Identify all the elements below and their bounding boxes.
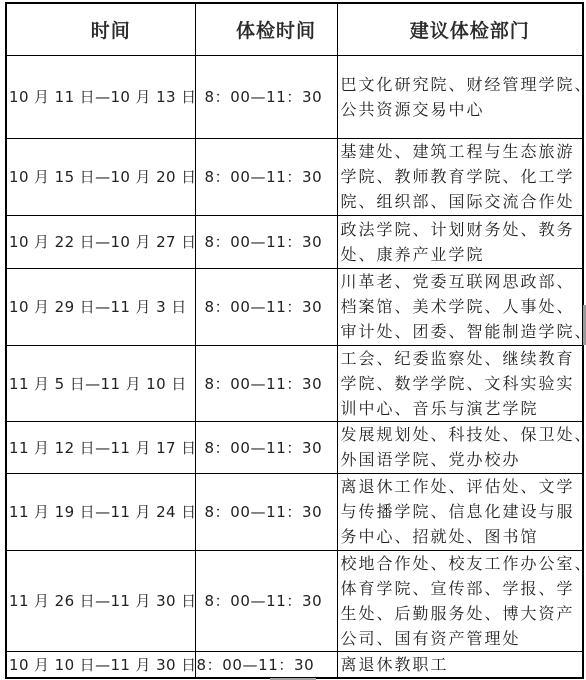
- date-range-cell: 10 月 11 日—10 月 13 日: [6, 55, 195, 138]
- table-row: 10 月 15 日—10 月 20 日 8：00—11：30 基建处、建筑工程与…: [6, 138, 583, 215]
- table-row: 10 月 11 日—10 月 13 日 8：00—11：30 巴文化研究院、财经…: [6, 55, 583, 138]
- departments-cell: 工会、纪委监察处、继续教育 学院、数学学院、文科实验实 训中心、音乐与演艺学院: [337, 345, 583, 421]
- departments-cell: 离退休工作处、评估处、文学 与传播学院、信息化建设与服 务中心、招就处、图书馆: [337, 473, 583, 550]
- date-range-cell: 11 月 19 日—11 月 24 日: [6, 473, 195, 550]
- header-row: 时间 体检时间 建议体检部门: [6, 3, 583, 55]
- date-range-cell: 10 月 10 日—11 月 30 日: [6, 651, 195, 678]
- departments-cell: 离退休教职工: [337, 651, 583, 678]
- table-row: 10 月 10 日—11 月 30 日 8：00—11：30 离退休教职工: [6, 651, 583, 678]
- department-line: 务中心、招就处、图书馆: [341, 524, 583, 549]
- exam-time-cell: 8：00—11：30: [195, 473, 337, 550]
- table-row: 11 月 26 日—11 月 30 日 8：00—11：30 校地合作处、校友工…: [6, 550, 583, 651]
- department-line: 离退休工作处、评估处、文学: [341, 474, 583, 499]
- department-line: 学院、数学学院、文科实验实: [341, 371, 583, 396]
- department-line: 基建处、建筑工程与生态旅游: [341, 139, 583, 164]
- table-row: 11 月 12 日—11 月 17 日 8：00—11：30 发展规划处、科技处…: [6, 421, 583, 473]
- date-range-cell: 10 月 22 日—10 月 27 日: [6, 215, 195, 268]
- exam-schedule-table: 时间 体检时间 建议体检部门 10 月 11 日—10 月 13 日 8：00—…: [5, 2, 584, 679]
- department-line: 审计处、团委、智能制造学院、: [341, 319, 583, 344]
- exam-time-cell: 8：00—11：30: [195, 268, 337, 345]
- header-departments: 建议体检部门: [337, 3, 583, 55]
- date-range-cell: 10 月 29 日—11 月 3 日: [6, 268, 195, 345]
- departments-cell: 巴文化研究院、财经管理学院、 公共资源交易中心: [337, 55, 583, 138]
- header-exam-time: 体检时间: [195, 3, 337, 55]
- department-line: 离退休教职工: [341, 652, 583, 677]
- exam-time-cell: 8：00—11：30: [195, 138, 337, 215]
- department-line: 训中心、音乐与演艺学院: [341, 396, 583, 421]
- table-row: 11 月 5 日—11 月 10 日 8：00—11：30 工会、纪委监察处、继…: [6, 345, 583, 421]
- exam-time-cell: 8：00—11：30: [195, 215, 337, 268]
- department-line: 院、组织部、国际交流合作处: [341, 189, 583, 214]
- date-range-cell: 11 月 12 日—11 月 17 日: [6, 421, 195, 473]
- table-row: 10 月 22 日—10 月 27 日 8：00—11：30 政法学院、计划财务…: [6, 215, 583, 268]
- department-line: 发展规划处、科技处、保卫处、: [341, 422, 583, 447]
- table-row: 11 月 19 日—11 月 24 日 8：00—11：30 离退休工作处、评估…: [6, 473, 583, 550]
- exam-time-cell: 8：00—11：30: [195, 421, 337, 473]
- department-line: 公司、国有资产管理处: [341, 626, 583, 651]
- department-line: 学院、教师教育学院、化工学: [341, 164, 583, 189]
- departments-cell: 发展规划处、科技处、保卫处、 外国语学院、党办校办: [337, 421, 583, 473]
- department-line: 与传播学院、信息化建设与服: [341, 499, 583, 524]
- header-date-range: 时间: [6, 3, 195, 55]
- date-range-cell: 10 月 15 日—10 月 20 日: [6, 138, 195, 215]
- date-range-cell: 11 月 26 日—11 月 30 日: [6, 550, 195, 651]
- exam-time-cell: 8：00—11：30: [195, 55, 337, 138]
- department-line: 川革老、党委互联网思政部、: [341, 269, 583, 294]
- departments-cell: 政法学院、计划财务处、教务 处、康养产业学院: [337, 215, 583, 268]
- exam-time-cell: 8：00—11：30: [195, 550, 337, 651]
- department-line: 档案馆、美术学院、人事处、: [341, 294, 583, 319]
- department-line: 校地合作处、校友工作办公室、: [341, 551, 583, 576]
- departments-cell: 基建处、建筑工程与生态旅游 学院、教师教育学院、化工学 院、组织部、国际交流合作…: [337, 138, 583, 215]
- department-line: 外国语学院、党办校办: [341, 447, 583, 472]
- date-range-cell: 11 月 5 日—11 月 10 日: [6, 345, 195, 421]
- table-row: 10 月 29 日—11 月 3 日 8：00—11：30 川革老、党委互联网思…: [6, 268, 583, 345]
- department-line: 工会、纪委监察处、继续教育: [341, 346, 583, 371]
- department-line: 巴文化研究院、财经管理学院、: [341, 72, 583, 97]
- department-line: 体育学院、宣传部、学报、学: [341, 576, 583, 601]
- exam-time-cell: 8：00—11：30: [195, 345, 337, 421]
- departments-cell: 校地合作处、校友工作办公室、 体育学院、宣传部、学报、学 生处、后勤服务处、博大…: [337, 550, 583, 651]
- department-line: 政法学院、计划财务处、教务: [341, 217, 583, 242]
- department-line: 公共资源交易中心: [341, 97, 583, 122]
- department-line: 处、康养产业学院: [341, 242, 583, 267]
- departments-cell: 川革老、党委互联网思政部、 档案馆、美术学院、人事处、 审计处、团委、智能制造学…: [337, 268, 583, 345]
- exam-time-cell: 8：00—11：30: [195, 651, 337, 678]
- department-line: 生处、后勤服务处、博大资产: [341, 601, 583, 626]
